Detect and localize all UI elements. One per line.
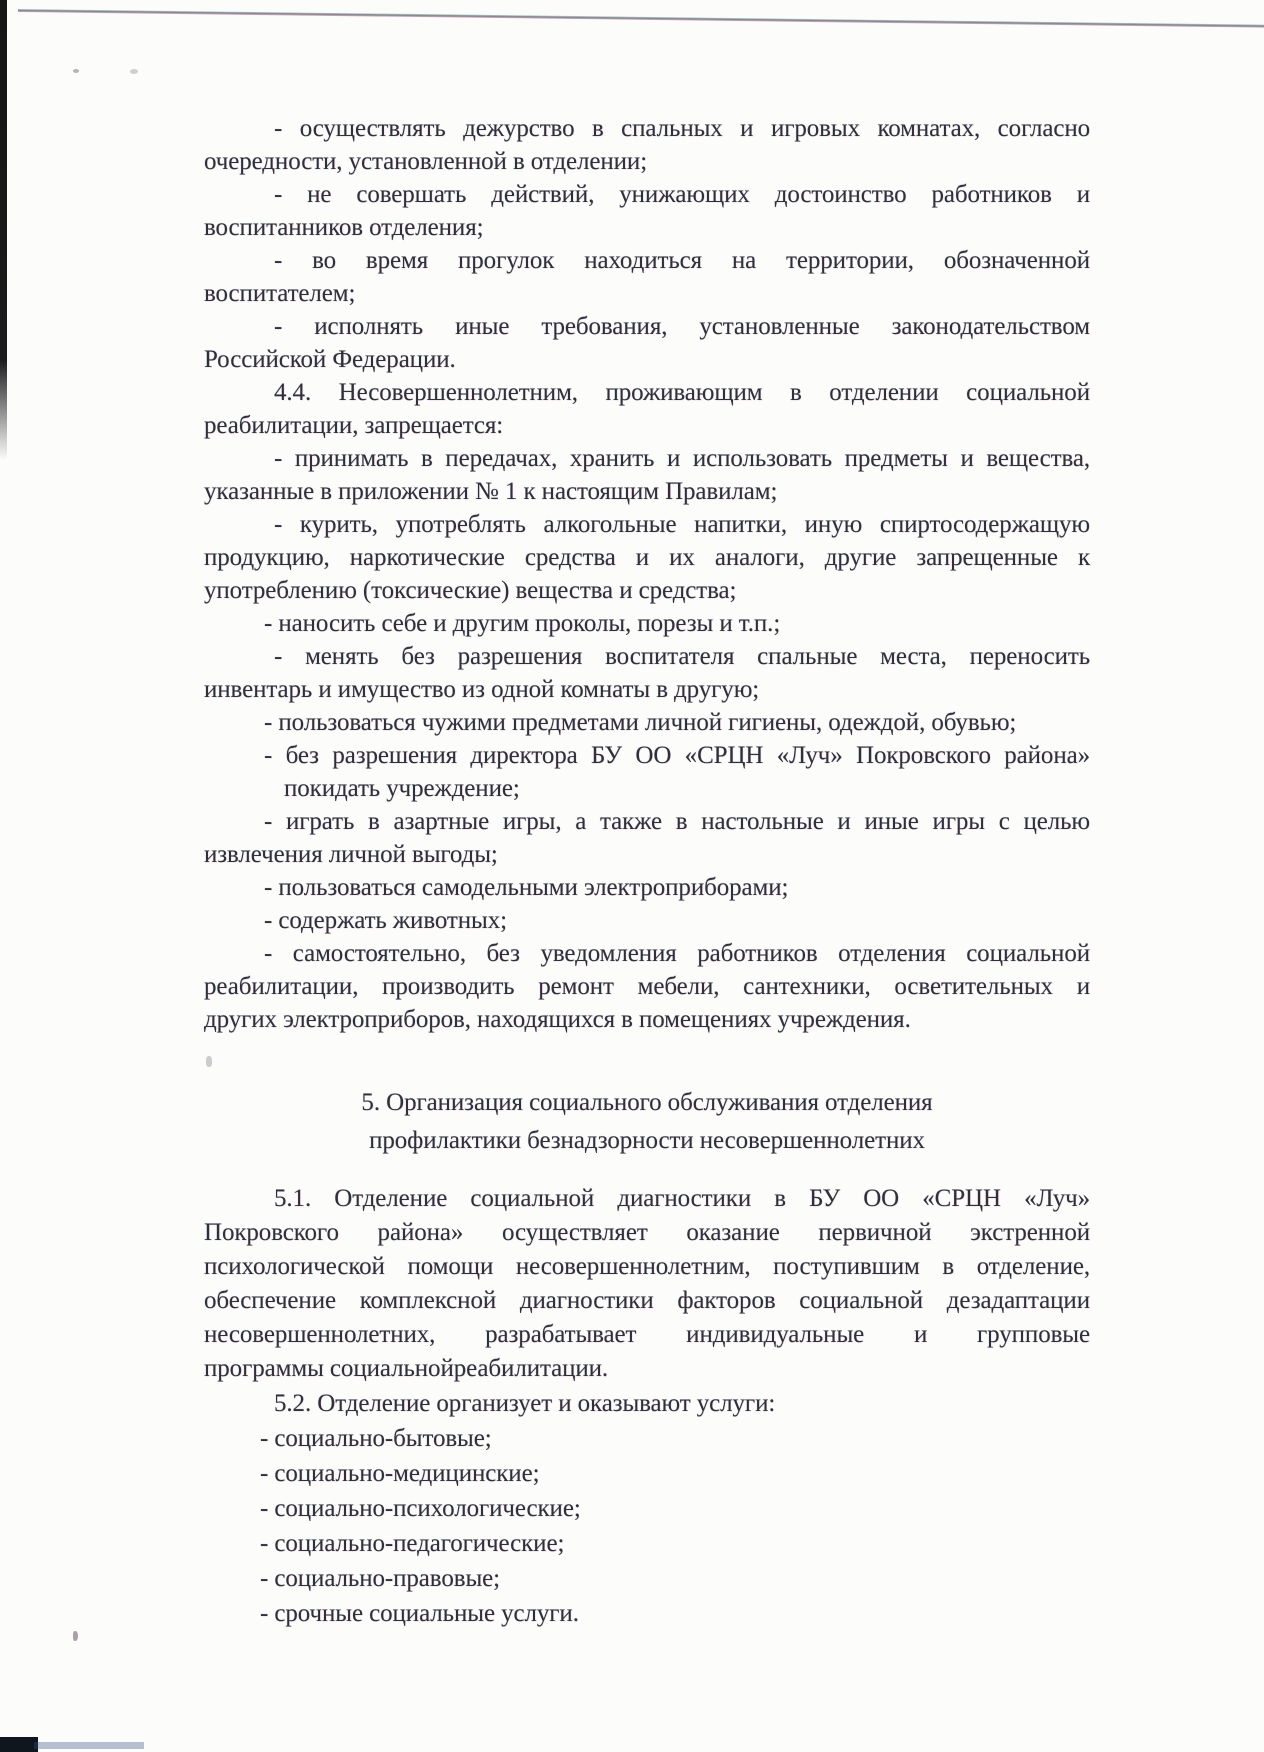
scan-speck — [73, 1631, 78, 1641]
section-heading: 5. Организация социального обслуживания … — [204, 1084, 1090, 1160]
paragraph-4-4: 4.4. Несовершеннолетним, проживающим в о… — [204, 376, 1090, 442]
paragraph-5-2: 5.2. Отделение организует и оказывают ус… — [204, 1386, 1090, 1421]
document-body: - осуществлять дежурство в спальных и иг… — [204, 112, 1090, 1631]
scan-bottom-left-streak — [34, 1742, 144, 1749]
text-line: - курить, употреблять алкогольные напитк… — [204, 508, 1090, 541]
paragraph: - играть в азартные игры, а также в наст… — [204, 805, 1090, 871]
paragraph-5-1: 5.1. Отделение социальной диагностики в … — [204, 1182, 1090, 1386]
text-line: употреблению (токсические) вещества и ср… — [204, 574, 1090, 607]
text-line: - пользоваться самодельными электроприбо… — [204, 871, 1090, 904]
paragraph: - наносить себе и другим проколы, порезы… — [204, 607, 1090, 640]
text-line: 5.1. Отделение социальной диагностики в … — [204, 1182, 1090, 1216]
service-item: - срочные социальные услуги. — [204, 1596, 1090, 1631]
text-line: продукцию, наркотические средства и их а… — [204, 541, 1090, 574]
text-line: - не совершать действий, унижающих досто… — [204, 178, 1090, 211]
text-line: очередности, установленной в отделении; — [204, 145, 1090, 178]
text-line: покидать учреждение; — [204, 772, 1090, 805]
scan-speck — [130, 69, 138, 74]
text-line: программы социальнойреабилитации. — [204, 1352, 1090, 1386]
text-line: - пользоваться чужими предметами личной … — [204, 706, 1090, 739]
text-line: - играть в азартные игры, а также в наст… — [204, 805, 1090, 838]
paragraph: - исполнять иные требования, установленн… — [204, 310, 1090, 376]
paragraph: - без разрешения директора БУ ОО «СРЦН «… — [204, 739, 1090, 805]
scan-left-edge-strip — [0, 0, 7, 460]
heading-line: профилактики безнадзорности несовершенно… — [204, 1122, 1090, 1160]
text-line: Российской Федерации. — [204, 343, 1090, 376]
text-line: - содержать животных; — [204, 904, 1090, 937]
paragraph: - курить, употреблять алкогольные напитк… — [204, 508, 1090, 607]
paragraph: - пользоваться чужими предметами личной … — [204, 706, 1090, 739]
scan-speck — [73, 69, 79, 73]
service-item: - социально-педагогические; — [204, 1526, 1090, 1561]
text-line: извлечения личной выгоды; — [204, 838, 1090, 871]
text-line: - без разрешения директора БУ ОО «СРЦН «… — [204, 739, 1090, 772]
text-line: - осуществлять дежурство в спальных и иг… — [204, 112, 1090, 145]
scan-bottom-left-mark — [0, 1737, 38, 1752]
text-line: - исполнять иные требования, установленн… — [204, 310, 1090, 343]
text-line: - самостоятельно, без уведомления работн… — [204, 937, 1090, 970]
text-line: несовершеннолетних, разрабатывает индиви… — [204, 1318, 1090, 1352]
paragraph: - принимать в передачах, хранить и испол… — [204, 442, 1090, 508]
text-line: 4.4. Несовершеннолетним, проживающим в о… — [204, 376, 1090, 409]
text-line: - принимать в передачах, хранить и испол… — [204, 442, 1090, 475]
heading-line: 5. Организация социального обслуживания … — [204, 1084, 1090, 1122]
paragraph: - содержать животных; — [204, 904, 1090, 937]
paragraph: - не совершать действий, унижающих досто… — [204, 178, 1090, 244]
paragraph: - самостоятельно, без уведомления работн… — [204, 937, 1090, 1036]
paragraph: - пользоваться самодельными электроприбо… — [204, 871, 1090, 904]
service-item: - социально-правовые; — [204, 1561, 1090, 1596]
text-line: воспитателем; — [204, 277, 1090, 310]
text-line: - во время прогулок находиться на террит… — [204, 244, 1090, 277]
service-item: - социально-бытовые; — [204, 1421, 1090, 1456]
text-line: Покровского района» осуществляет оказани… — [204, 1216, 1090, 1250]
text-line: воспитанников отделения; — [204, 211, 1090, 244]
text-line: психологической помощи несовершеннолетни… — [204, 1250, 1090, 1284]
text-line: реабилитации, производить ремонт мебели,… — [204, 970, 1090, 1003]
scan-top-edge-line — [18, 9, 1264, 28]
text-line: 5.2. Отделение организует и оказывают ус… — [204, 1386, 1090, 1421]
text-line: указанные в приложении № 1 к настоящим П… — [204, 475, 1090, 508]
text-line: - наносить себе и другим проколы, порезы… — [204, 607, 1090, 640]
paragraph: - менять без разрешения воспитателя спал… — [204, 640, 1090, 706]
text-line: обеспечение комплексной диагностики факт… — [204, 1284, 1090, 1318]
text-line: других электроприборов, находящихся в по… — [204, 1003, 1090, 1036]
paragraph: - во время прогулок находиться на террит… — [204, 244, 1090, 310]
text-line: реабилитации, запрещается: — [204, 409, 1090, 442]
scanned-page: - осуществлять дежурство в спальных и иг… — [0, 0, 1264, 1752]
paragraph: - осуществлять дежурство в спальных и иг… — [204, 112, 1090, 178]
service-item: - социально-медицинские; — [204, 1456, 1090, 1491]
text-line: - менять без разрешения воспитателя спал… — [204, 640, 1090, 673]
service-item: - социально-психологические; — [204, 1491, 1090, 1526]
text-line: инвентарь и имущество из одной комнаты в… — [204, 673, 1090, 706]
services-list: - социально-бытовые; - социально-медицин… — [204, 1421, 1090, 1631]
